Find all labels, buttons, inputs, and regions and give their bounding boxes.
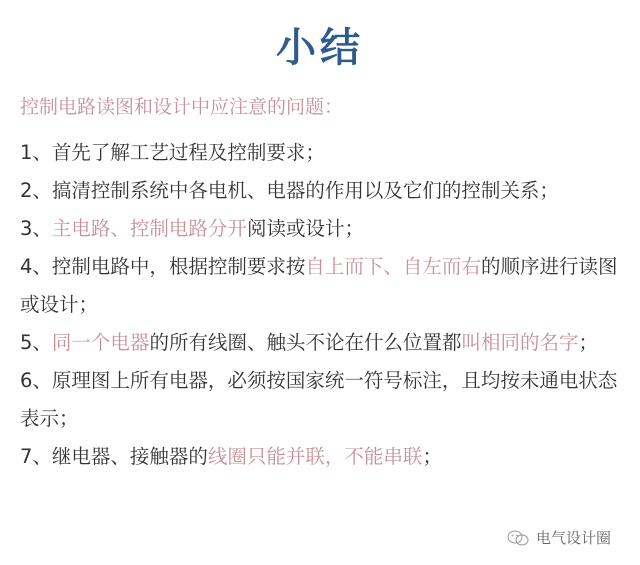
- item-text: 4、控制电路中，根据控制要求按: [20, 255, 305, 278]
- item-text: 5、: [20, 331, 52, 354]
- list-item-4: 4、控制电路中，根据控制要求按自上而下、自左而右的顺序进行读图或设计；: [20, 248, 625, 324]
- list-item-5: 5、同一个电器的所有线圈、触头不论在什么位置都叫相同的名字；: [20, 324, 625, 362]
- item-text: 阅读或设计；: [247, 217, 364, 240]
- section-subtitle: 控制电路读图和设计中应注意的问题：: [20, 94, 343, 120]
- item-text: 7、继电器、接触器的: [20, 445, 208, 468]
- item-text: 1、首先了解工艺过程及控制要求；: [20, 141, 325, 164]
- wechat-icon: [506, 529, 530, 547]
- item-highlight: 同一个电器: [52, 331, 150, 354]
- item-highlight: 主电路、控制电路分开: [52, 217, 247, 240]
- item-text: 2、搞清控制系统中各电机、电器的作用以及它们的控制关系；: [20, 179, 559, 202]
- list-item-1: 1、首先了解工艺过程及控制要求；: [20, 134, 625, 172]
- watermark: 电气设计圈: [506, 527, 611, 548]
- item-text: 的所有线圈、触头不论在什么位置都: [149, 331, 461, 354]
- list-item-2: 2、搞清控制系统中各电机、电器的作用以及它们的控制关系；: [20, 172, 625, 210]
- item-highlight: 自上而下、自左而右: [305, 255, 481, 278]
- page-title: 小结: [0, 20, 640, 76]
- watermark-label: 电气设计圈: [536, 527, 611, 548]
- item-highlight: 线圈只能并联，不能串联: [208, 445, 423, 468]
- list-item-6: 6、原理图上所有电器，必须按国家统一符号标注，且均按未通电状态表示；: [20, 362, 625, 438]
- item-text: ；: [422, 445, 442, 468]
- item-text: ；: [578, 331, 598, 354]
- item-text: 6、原理图上所有电器，必须按国家统一符号标注，且均按未通电状态表示；: [20, 369, 617, 430]
- item-highlight: 叫相同的名字: [461, 331, 578, 354]
- notes-list: 1、首先了解工艺过程及控制要求； 2、搞清控制系统中各电机、电器的作用以及它们的…: [20, 134, 625, 476]
- list-item-3: 3、主电路、控制电路分开阅读或设计；: [20, 210, 625, 248]
- list-item-7: 7、继电器、接触器的线圈只能并联，不能串联；: [20, 438, 625, 476]
- item-text: 3、: [20, 217, 52, 240]
